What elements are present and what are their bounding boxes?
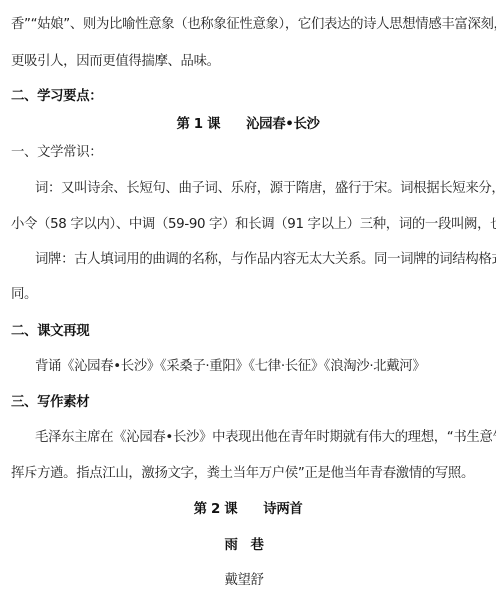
lesson-2-heading: 第 2 课诗两首 <box>0 501 496 519</box>
poem-title: 雨 巷 <box>0 537 496 555</box>
intro-line-2: 更吸引人，因而更值得揣摩、品味。 <box>11 53 488 71</box>
literary-knowledge-heading: 一、文学常识： <box>11 144 488 162</box>
lesson-2-number: 第 2 课 <box>194 502 238 517</box>
lesson-1-number: 第 1 课 <box>176 117 220 132</box>
intro-line-1: 香”“姑娘”、则为比喻性意象（也称象征性意象），它们表达的诗人思想情感丰富深刻， <box>11 16 488 34</box>
section-heading-study-points: 二、学习要点： <box>11 88 488 106</box>
ci-paragraph-line-2: 小令（58 字以内）、中调（59-90 字）和长调（91 字以上）三种，词的一段… <box>11 216 488 234</box>
poem-author: 戴望舒 <box>0 572 496 590</box>
lesson-1-heading: 第 1 课沁园春•长沙 <box>0 116 496 134</box>
writing-material-line-2: 挥斥方遒。指点江山，激扬文字，粪土当年万户侯”正是他当年青春激情的写照。 <box>11 465 488 483</box>
recitation-list: 背诵《沁园春•长沙》《采桑子·重阳》《七律·长征》《浪淘沙·北戴河》 <box>35 358 488 376</box>
text-recitation-heading: 二、课文再现 <box>11 323 488 341</box>
writing-material-heading: 三、写作素材 <box>11 394 488 412</box>
lesson-2-title: 诗两首 <box>263 502 302 517</box>
ci-paragraph-line-1: 词：又叫诗余、长短句、曲子词、乐府，源于隋唐，盛行于宋。词根据长短来分，有 <box>35 180 488 198</box>
cipai-paragraph-line-2: 同。 <box>11 286 488 304</box>
writing-material-line-1: 毛泽东主席在《沁园春•长沙》中表现出他在青年时期就有伟大的理想，“书生意气， <box>35 429 488 447</box>
lesson-1-title: 沁园春•长沙 <box>246 117 319 132</box>
cipai-paragraph-line-1: 词牌：古人填词用的曲调的名称，与作品内容无太大关系。同一词牌的词结构格式相 <box>35 251 488 269</box>
